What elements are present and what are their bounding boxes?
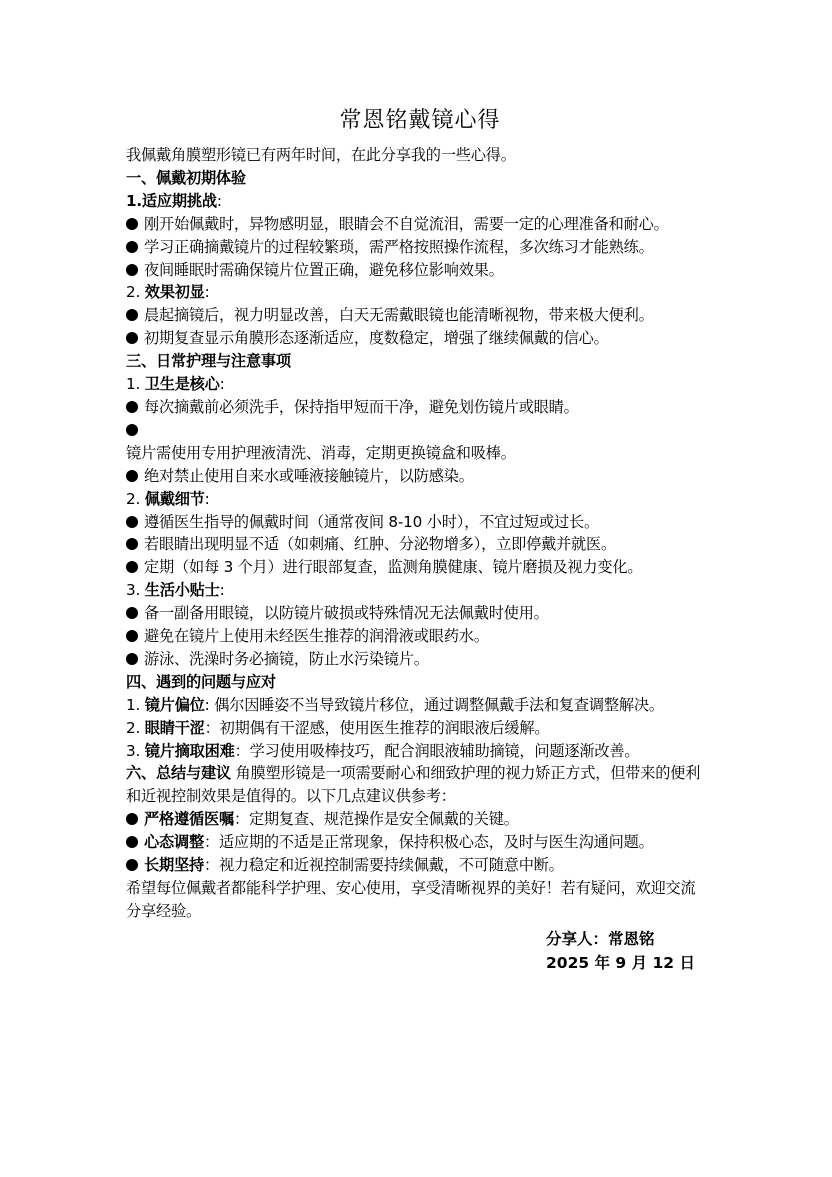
- bullet-icon: [126, 218, 138, 230]
- section-heading: 一、佩戴初期体验: [126, 167, 706, 190]
- list-item: 初期复查显示角膜形态逐渐适应，度数稳定，增强了继续佩戴的信心。: [126, 327, 706, 350]
- section-heading: 六、总结与建议: [126, 764, 231, 782]
- list-item: 遵循医生指导的佩戴时间（通常夜间 8-10 小时），不宜过短或过长。: [126, 511, 706, 534]
- subsection-label: 2. 效果初显:: [126, 281, 706, 304]
- bullet-icon: [126, 470, 138, 482]
- signature-block: 分享人：常恩铭 2025 年 9 月 12 日: [546, 927, 695, 975]
- bullet-icon: [126, 241, 138, 253]
- list-item: 学习正确摘戴镜片的过程较繁琐，需严格按照操作流程，多次练习才能熟练。: [126, 236, 706, 259]
- section-heading: 三、日常护理与注意事项: [126, 350, 706, 373]
- subsection-label: 2. 佩戴细节:: [126, 488, 706, 511]
- problem-item: 1. 镜片偏位: 偶尔因睡姿不当导致镜片移位，通过调整佩戴手法和复查调整解决。: [126, 694, 706, 717]
- problem-item: 3. 镜片摘取困难：学习使用吸棒技巧，配合润眼液辅助摘镜，问题逐渐改善。: [126, 740, 706, 763]
- list-item: 避免在镜片上使用未经医生推荐的润滑液或眼药水。: [126, 625, 706, 648]
- advice-item: 长期坚持：视力稳定和近视控制需要持续佩戴，不可随意中断。: [126, 854, 706, 877]
- document-page: 常恩铭戴镜心得 我佩戴角膜塑形镜已有两年时间，在此分享我的一些心得。 一、佩戴初…: [126, 104, 706, 923]
- sharer-name: 分享人：常恩铭: [546, 927, 695, 951]
- list-item: 游泳、洗澡时务必摘镜，防止水污染镜片。: [126, 648, 706, 671]
- bullet-icon: [126, 264, 138, 276]
- bullet-icon: [126, 859, 138, 871]
- list-item: 晨起摘镜后，视力明显改善，白天无需戴眼镜也能清晰视物，带来极大便利。: [126, 304, 706, 327]
- bullet-icon: [126, 332, 138, 344]
- bullet-icon: [126, 516, 138, 528]
- bullet-icon: [126, 813, 138, 825]
- problem-item: 2. 眼睛干涩：初期偶有干涩感，使用医生推荐的润眼液后缓解。: [126, 717, 706, 740]
- closing-paragraph: 希望每位佩戴者都能科学护理、安心使用，享受清晰视界的美好！若有疑问，欢迎交流分享…: [126, 877, 706, 923]
- list-item: 绝对禁止使用自来水或唾液接触镜片，以防感染。: [126, 465, 706, 488]
- bullet-icon: [126, 836, 138, 848]
- list-item: 夜间睡眠时需确保镜片位置正确，避免移位影响效果。: [126, 259, 706, 282]
- list-item: 定期（如每 3 个月）进行眼部复查，监测角膜健康、镜片磨损及视力变化。: [126, 556, 706, 579]
- list-item: 每次摘戴前必须洗手，保持指甲短而干净，避免划伤镜片或眼睛。: [126, 396, 706, 419]
- advice-item: 心态调整：适应期的不适是正常现象，保持积极心态，及时与医生沟通问题。: [126, 831, 706, 854]
- subsection-label: 1.适应期挑战:: [126, 190, 706, 213]
- continuation-text: 镜片需使用专用护理液清洗、消毒，定期更换镜盒和吸棒。: [126, 442, 706, 465]
- intro-text: 我佩戴角膜塑形镜已有两年时间，在此分享我的一些心得。: [126, 144, 706, 167]
- list-item: 若眼睛出现明显不适（如刺痛、红肿、分泌物增多），立即停戴并就医。: [126, 533, 706, 556]
- subsection-label: 3. 生活小贴士:: [126, 579, 706, 602]
- list-item: 刚开始佩戴时，异物感明显，眼睛会不自觉流泪，需要一定的心理准备和耐心。: [126, 213, 706, 236]
- bullet-icon: [126, 561, 138, 573]
- summary-paragraph: 六、总结与建议 角膜塑形镜是一项需要耐心和细致护理的视力矫正方式，但带来的便利和…: [126, 762, 706, 808]
- signature-date: 2025 年 9 月 12 日: [546, 951, 695, 975]
- advice-item: 严格遵循医嘱：定期复查、规范操作是安全佩戴的关键。: [126, 808, 706, 831]
- list-item-empty: [126, 419, 706, 442]
- bullet-icon: [126, 607, 138, 619]
- subsection-label: 1. 卫生是核心:: [126, 373, 706, 396]
- bullet-icon: [126, 309, 138, 321]
- bullet-icon: [126, 630, 138, 642]
- bullet-icon: [126, 653, 138, 665]
- bullet-icon: [126, 401, 138, 413]
- document-title: 常恩铭戴镜心得: [126, 104, 706, 138]
- bullet-icon: [126, 538, 138, 550]
- section-heading: 四、遇到的问题与应对: [126, 671, 706, 694]
- list-item: 备一副备用眼镜，以防镜片破损或特殊情况无法佩戴时使用。: [126, 602, 706, 625]
- bullet-icon: [126, 424, 138, 436]
